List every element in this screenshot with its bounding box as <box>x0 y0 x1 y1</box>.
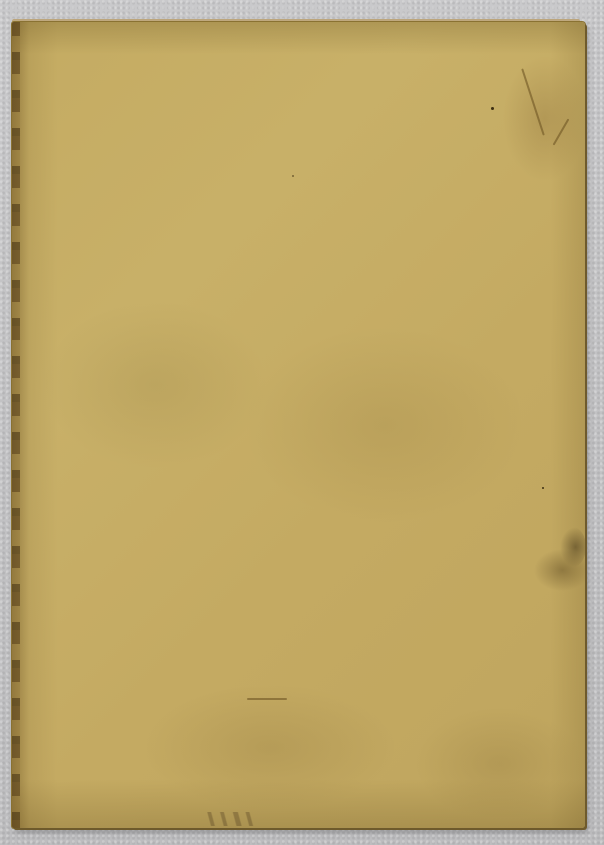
speck <box>292 175 294 177</box>
pencil-mark <box>204 812 264 826</box>
stain-streak <box>247 698 287 700</box>
spine-wear <box>12 22 20 828</box>
speck <box>542 487 544 489</box>
speck <box>491 107 494 110</box>
smudge <box>560 527 585 567</box>
book-cover <box>12 22 585 828</box>
book <box>12 22 585 828</box>
